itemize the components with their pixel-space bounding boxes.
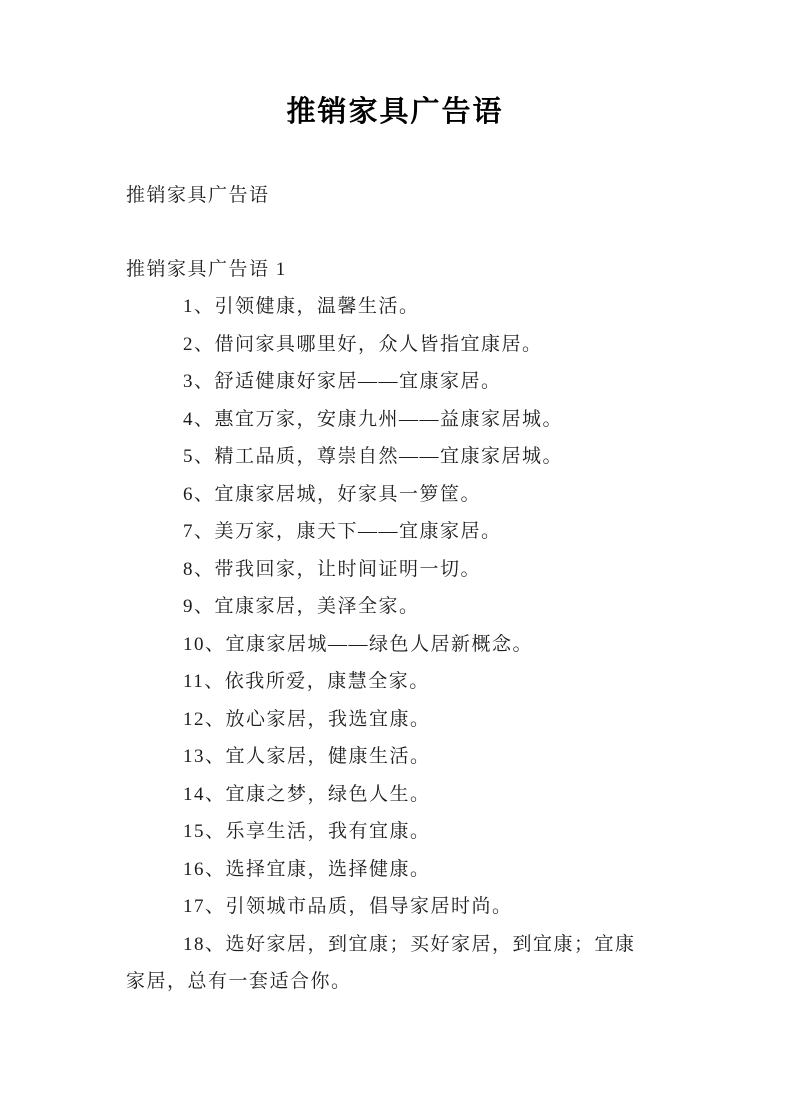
slogan-item-8: 8、带我回家，让时间证明一切。 xyxy=(126,551,664,589)
slogan-item-4: 4、惠宜万家，安康九州——益康家居城。 xyxy=(126,401,664,439)
slogan-item-2: 2、借问家具哪里好，众人皆指宜康居。 xyxy=(126,326,664,364)
slogan-item-6: 6、宜康家居城，好家具一箩筐。 xyxy=(126,476,664,514)
slogan-item-15: 15、乐享生活，我有宜康。 xyxy=(126,813,664,851)
slogan-item-12: 12、放心家居，我选宜康。 xyxy=(126,701,664,739)
document-title: 推销家具广告语 xyxy=(126,92,664,132)
slogan-item-9: 9、宜康家居，美泽全家。 xyxy=(126,588,664,626)
intro-paragraph: 推销家具广告语 xyxy=(126,177,664,215)
section-heading: 推销家具广告语 1 xyxy=(126,251,664,289)
slogan-item-11: 11、依我所爱，康慧全家。 xyxy=(126,663,664,701)
slogan-item-13: 13、宜人家居，健康生活。 xyxy=(126,738,664,776)
slogan-list: 1、引领健康，温馨生活。 2、借问家具哪里好，众人皆指宜康居。 3、舒适健康好家… xyxy=(126,288,664,1001)
slogan-item-17: 17、引领城市品质，倡导家居时尚。 xyxy=(126,888,664,926)
slogan-item-3: 3、舒适健康好家居——宜康家居。 xyxy=(126,363,664,401)
slogan-item-5: 5、精工品质，尊崇自然——宜康家居城。 xyxy=(126,438,664,476)
slogan-item-1: 1、引领健康，温馨生活。 xyxy=(126,288,664,326)
slogan-item-16: 16、选择宜康，选择健康。 xyxy=(126,851,664,889)
slogan-item-10: 10、宜康家居城——绿色人居新概念。 xyxy=(126,626,664,664)
slogan-item-14: 14、宜康之梦，绿色人生。 xyxy=(126,776,664,814)
slogan-item-7: 7、美万家，康天下——宜康家居。 xyxy=(126,513,664,551)
document-page: 推销家具广告语 推销家具广告语 推销家具广告语 1 1、引领健康，温馨生活。 2… xyxy=(0,0,792,1120)
slogan-item-18: 18、选好家居，到宜康；买好家居，到宜康；宜康 家居，总有一套适合你。 xyxy=(126,926,664,1001)
